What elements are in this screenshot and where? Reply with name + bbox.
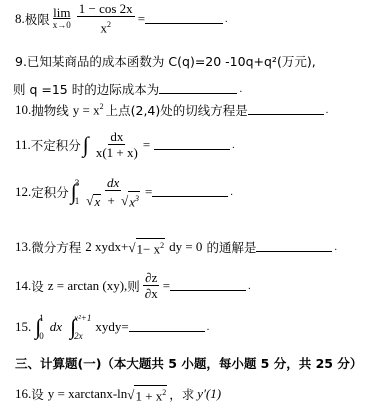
- question-9-line-2: 则 q =15 时的边际成本为 .: [13, 80, 242, 98]
- partial-derivative: ∂z ∂x: [143, 270, 160, 302]
- question-9-line-1: 9.已知某商品的成本函数为 C(q)=20 -10q+q²(万元),: [15, 52, 316, 70]
- answer-blank[interactable]: [145, 22, 223, 24]
- answer-blank[interactable]: [248, 113, 324, 115]
- integral-sign: ∫: [83, 134, 89, 156]
- fraction: 1 − cos 2x x2: [77, 1, 135, 36]
- definite-integral: ∫ 31: [71, 178, 80, 206]
- limit-operator: lim x→0: [53, 7, 71, 31]
- section-heading: 三、计算题(一)（本大题共 5 小题，每小题 5 分，共 25 分）: [15, 354, 362, 372]
- answer-blank[interactable]: [170, 289, 246, 291]
- answer-blank[interactable]: [152, 195, 228, 197]
- question-label: 极限: [25, 10, 50, 28]
- inner-integral: ∫ x²+12x: [70, 313, 91, 341]
- question-16: 16. 设 y = xarctanx-ln √1 + x2 ，求 y′(1): [15, 384, 221, 404]
- fraction: dx x(1 + x): [94, 129, 140, 161]
- question-8: 8. 极限 lim x→0 1 − cos 2x x2 = .: [15, 4, 228, 34]
- equals-sign: =: [138, 11, 145, 27]
- question-12: 12. 定积分 ∫ 31 dx √x + √x3 = .: [15, 174, 233, 210]
- question-14: 14. 设 z = arctan (xy), 则 ∂z ∂x = .: [15, 269, 251, 303]
- question-15: 15. ∫ 10 dx ∫ x²+12x xydy= .: [15, 311, 209, 343]
- answer-blank[interactable]: [129, 330, 205, 332]
- answer-blank[interactable]: [154, 148, 230, 150]
- fraction: dx √x + √x3: [84, 175, 142, 209]
- outer-integral: ∫ 10: [35, 313, 44, 341]
- question-11: 11. 不定积分 ∫ dx x(1 + x) = .: [15, 128, 235, 162]
- question-number: 8.: [15, 11, 25, 27]
- answer-blank[interactable]: [159, 92, 237, 94]
- question-10: 10. 抛物线 y = x2 上点(2,4)处的切线方程是 .: [15, 101, 328, 119]
- question-13: 13. 微分方程 2 xydx+ √1− x2 dy = 0 的通解是 .: [15, 237, 337, 257]
- answer-blank[interactable]: [256, 250, 332, 252]
